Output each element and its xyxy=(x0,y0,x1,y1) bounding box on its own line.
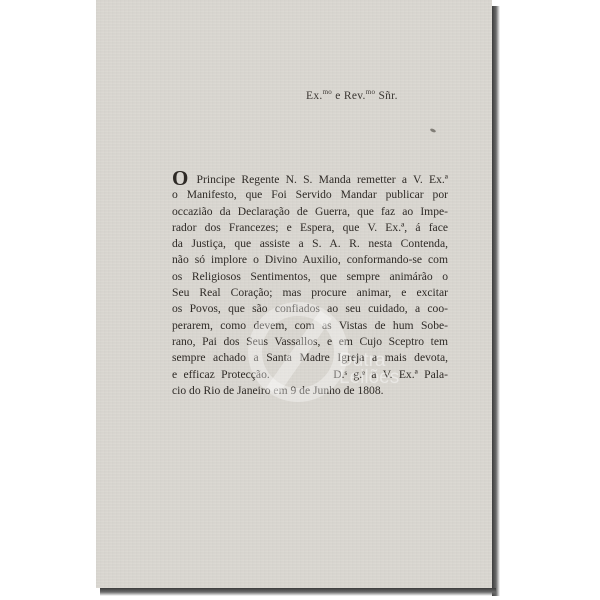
page-shadow-bottom xyxy=(100,588,496,596)
watermark-line: Leilões xyxy=(339,369,399,386)
text-line: O Principe Regente N. S. Manda remetter … xyxy=(172,171,448,187)
text-line: os Religiosos Sentimentos, que sempre an… xyxy=(172,269,448,285)
text-line: Seu Real Coração; mas procure animar, e … xyxy=(172,285,448,301)
salutation-superscript: mo xyxy=(323,88,333,96)
text-line: occazião da Declaração de Guerra, que fa… xyxy=(172,204,448,220)
salutation-part: Ex. xyxy=(306,90,323,102)
document-page: Ex.mo e Rev.mo Sñr. O Principe Regente N… xyxy=(96,0,492,588)
salutation-part: e Rev. xyxy=(332,90,366,102)
salutation-superscript: mo xyxy=(366,88,376,96)
text-line: não só implore o Divino Auxilio, conform… xyxy=(172,252,448,268)
text-line: rador dos Francezes; e Espera, que V. Ex… xyxy=(172,220,448,236)
salutation: Ex.mo e Rev.mo Sñr. xyxy=(306,88,398,102)
salutation-part: Sñr. xyxy=(375,90,398,102)
page-shadow-right xyxy=(492,6,500,596)
watermark-text: Dutra Leilões xyxy=(339,352,399,386)
text-line: da Justiça, que assiste a S. A. R. nesta… xyxy=(172,236,448,252)
ink-spot xyxy=(430,128,437,133)
text-line: o Manifesto, que Foi Servido Mandar publ… xyxy=(172,187,448,203)
